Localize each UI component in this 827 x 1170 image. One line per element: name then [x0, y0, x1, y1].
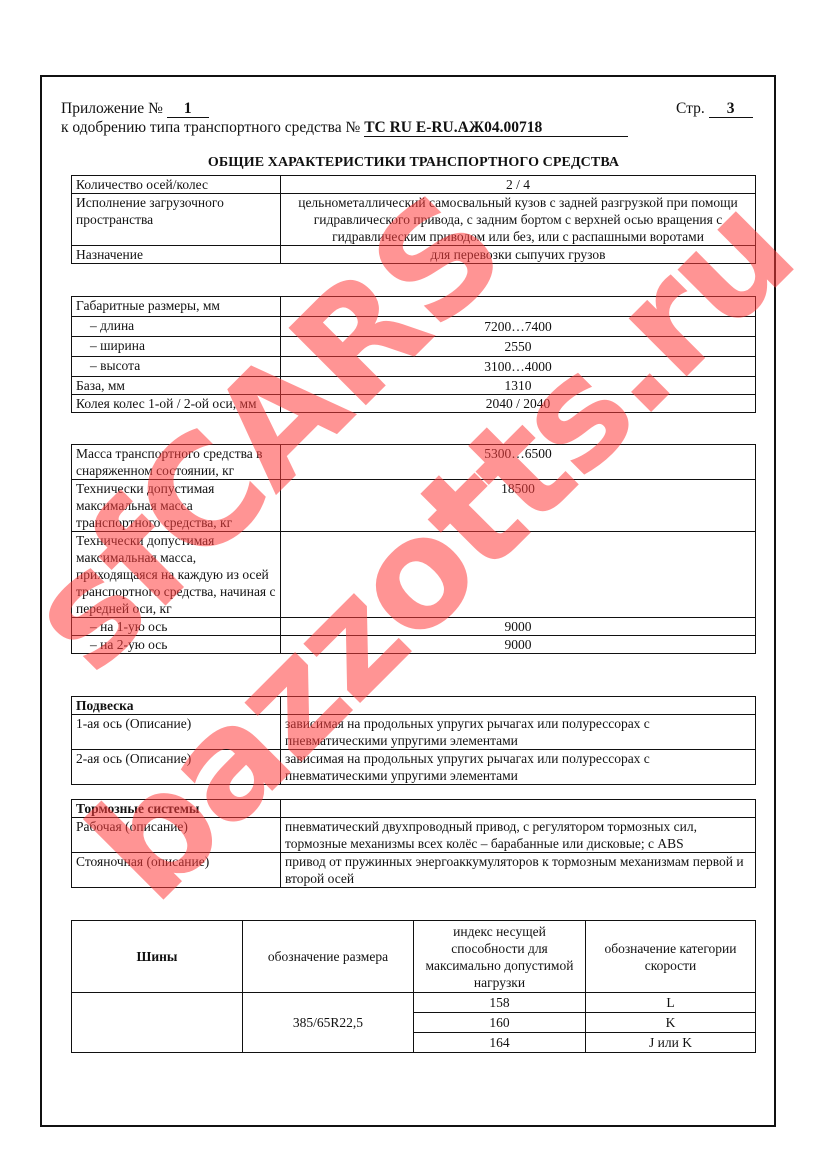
tire-size-value: 385/65R22,5 [243, 993, 414, 1053]
overall-dimensions-value [281, 297, 756, 317]
approval-label: к одобрению типа транспортного средства … [61, 119, 360, 136]
approval-line: к одобрению типа транспортного средства … [61, 119, 628, 137]
load-index-header: индекс несущей способности для максималь… [414, 921, 586, 993]
load-index-value: 164 [414, 1033, 586, 1053]
purpose-value: для перевозки сыпучих грузов [281, 246, 756, 264]
suspension-heading: Подвеска [72, 697, 281, 715]
body-label: Исполнение загрузочного пространства [72, 194, 281, 246]
document-title: ОБЩИЕ ХАРАКТЕРИСТИКИ ТРАНСПОРТНОГО СРЕДС… [0, 155, 827, 171]
service-brake-label: Рабочая (описание) [72, 818, 281, 853]
table-row: 1-ая ось (Описание) зависимая на продоль… [72, 715, 756, 750]
table-row: – на 1-ую ось 9000 [72, 618, 756, 636]
table-row: – высота 3100…4000 [72, 357, 756, 377]
track-label: Колея колес 1-ой / 2-ой оси, мм [72, 395, 281, 413]
table-row: Технически допустимая максимальная масса… [72, 532, 756, 618]
page-reference: Стр. 3 [676, 100, 753, 118]
height-label: – высота [72, 357, 281, 377]
speed-category-header: обозначение категории скорости [586, 921, 756, 993]
purpose-label: Назначение [72, 246, 281, 264]
suspension-axle1-value: зависимая на продольных упругих рычагах … [281, 715, 756, 750]
width-label: – ширина [72, 337, 281, 357]
service-brake-value: пневматический двухпроводный привод, с р… [281, 818, 756, 853]
brakes-heading-value [281, 800, 756, 818]
length-label: – длина [72, 317, 281, 337]
load-index-value: 160 [414, 1013, 586, 1033]
table-row: – на 2-ую ось 9000 [72, 636, 756, 654]
speed-category-value: L [586, 993, 756, 1013]
suspension-axle1-label: 1-ая ось (Описание) [72, 715, 281, 750]
appendix-label: Приложение № [61, 100, 163, 117]
table-row: – длина 7200…7400 [72, 317, 756, 337]
wheelbase-value: 1310 [281, 377, 756, 395]
table-row: Стояночная (описание) привод от пружинны… [72, 853, 756, 888]
tires-label: Шины [72, 921, 243, 993]
parking-brake-value: привод от пружинных энергоаккумуляторов … [281, 853, 756, 888]
suspension-axle2-label: 2-ая ось (Описание) [72, 750, 281, 785]
curb-mass-label: Масса транспортного средства в снаряженн… [72, 445, 281, 480]
table-row: Назначение для перевозки сыпучих грузов [72, 246, 756, 264]
suspension-table: Подвеска 1-ая ось (Описание) зависимая н… [71, 696, 756, 785]
table-row: Исполнение загрузочного пространства цел… [72, 194, 756, 246]
table-row: Габаритные размеры, мм [72, 297, 756, 317]
axles-label: Количество осей/колес [72, 176, 281, 194]
tires-table: Шины обозначение размера индекс несущей … [71, 920, 756, 1053]
table-row: Рабочая (описание) пневматический двухпр… [72, 818, 756, 853]
brakes-table: Тормозные системы Рабочая (описание) пне… [71, 799, 756, 888]
appendix-number: 1 [167, 101, 209, 118]
table-row: 2-ая ось (Описание) зависимая на продоль… [72, 750, 756, 785]
axle2-mass-label: – на 2-ую ось [72, 636, 281, 654]
width-value: 2550 [281, 337, 756, 357]
table-row: Технически допустимая максимальная масса… [72, 480, 756, 532]
max-mass-label: Технически допустимая максимальная масса… [72, 480, 281, 532]
table-row: Количество осей/колес 2 / 4 [72, 176, 756, 194]
per-axle-mass-value [281, 532, 756, 618]
axle2-mass-value: 9000 [281, 636, 756, 654]
table-row: Подвеска [72, 697, 756, 715]
table-header-row: Шины обозначение размера индекс несущей … [72, 921, 756, 993]
general-table: Количество осей/колес 2 / 4 Исполнение з… [71, 175, 756, 264]
tire-size-header: обозначение размера [243, 921, 414, 993]
overall-dimensions-label: Габаритные размеры, мм [72, 297, 281, 317]
body-value: цельнометаллический самосвальный кузов с… [281, 194, 756, 246]
length-value: 7200…7400 [281, 317, 756, 337]
height-value: 3100…4000 [281, 357, 756, 377]
table-row: 385/65R22,5 158 L [72, 993, 756, 1013]
table-row: Масса транспортного средства в снаряженн… [72, 445, 756, 480]
axles-value: 2 / 4 [281, 176, 756, 194]
per-axle-mass-label: Технически допустимая максимальная масса… [72, 532, 281, 618]
tires-empty-cell [72, 993, 243, 1053]
table-row: База, мм 1310 [72, 377, 756, 395]
wheelbase-label: База, мм [72, 377, 281, 395]
axle1-mass-label: – на 1-ую ось [72, 618, 281, 636]
speed-category-value: K [586, 1013, 756, 1033]
curb-mass-value: 5300…6500 [281, 445, 756, 480]
parking-brake-label: Стояночная (описание) [72, 853, 281, 888]
track-value: 2040 / 2040 [281, 395, 756, 413]
approval-number: ТС RU E-RU.АЖ04.00718 [364, 120, 628, 137]
table-row: Тормозные системы [72, 800, 756, 818]
table-row: – ширина 2550 [72, 337, 756, 357]
load-index-value: 158 [414, 993, 586, 1013]
speed-category-value: J или K [586, 1033, 756, 1053]
table-row: Колея колес 1-ой / 2-ой оси, мм 2040 / 2… [72, 395, 756, 413]
page-label: Стр. [676, 100, 705, 117]
axle1-mass-value: 9000 [281, 618, 756, 636]
max-mass-value: 18500 [281, 480, 756, 532]
dimensions-table: Габаритные размеры, мм – длина 7200…7400… [71, 296, 756, 413]
suspension-axle2-value: зависимая на продольных упругих рычагах … [281, 750, 756, 785]
brakes-heading: Тормозные системы [72, 800, 281, 818]
appendix-line: Приложение № 1 [61, 100, 209, 118]
page-number: 3 [709, 101, 753, 118]
mass-table: Масса транспортного средства в снаряженн… [71, 444, 756, 654]
suspension-heading-value [281, 697, 756, 715]
